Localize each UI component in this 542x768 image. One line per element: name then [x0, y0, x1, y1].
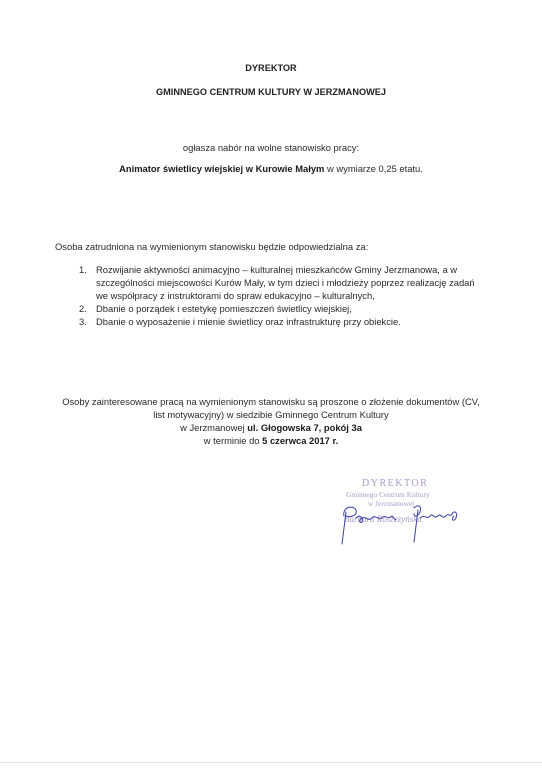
- position-workload: w wymiarze 0,25 etatu.: [324, 163, 422, 174]
- position-line: Animator świetlicy wiejskiej w Kurowie M…: [0, 163, 542, 175]
- duty-number: 3.: [79, 316, 93, 328]
- application-line-2: list motywacyjny) w siedzibie Gminnego C…: [0, 409, 542, 421]
- header-title: DYREKTOR: [0, 62, 542, 74]
- duty-number: 1.: [79, 264, 93, 276]
- announcement-intro: ogłasza nabór na wolne stanowisko pracy:: [0, 142, 542, 154]
- address-value: ul. Głogowska 7, pokój 3a: [247, 422, 362, 433]
- header-organization: GMINNEGO CENTRUM KULTURY W JERZMANOWEJ: [0, 86, 542, 98]
- deadline-value: 5 czerwca 2017 r.: [262, 435, 338, 446]
- duty-text-line: szczególności miejscowości Kurów Mały, w…: [96, 277, 475, 289]
- duties-intro: Osoba zatrudniona na wymienionym stanowi…: [55, 241, 368, 253]
- handwritten-signature: [338, 498, 468, 548]
- duty-text-line: Dbanie o porządek i estetykę pomieszczeń…: [96, 303, 352, 315]
- duty-number: 2.: [79, 303, 93, 315]
- address-prefix: w Jerzmanowej: [180, 422, 247, 433]
- duty-text-line: Dbanie o wyposażenie i mienie świetlicy …: [96, 316, 401, 328]
- stamp-title: DYREKTOR: [362, 478, 428, 489]
- duty-text-line: we współpracy z instruktorami do spraw e…: [96, 290, 375, 302]
- page-edge-line: [0, 762, 542, 763]
- deadline-prefix: w terminie do: [204, 435, 262, 446]
- application-deadline: w terminie do 5 czerwca 2017 r.: [0, 435, 542, 447]
- duty-text-line: Rozwijanie aktywności animacyjno – kultu…: [96, 264, 457, 276]
- application-line-1: Osoby zainteresowane pracą na wymieniony…: [0, 396, 542, 408]
- application-address: w Jerzmanowej ul. Głogowska 7, pokój 3a: [0, 422, 542, 434]
- position-title: Animator świetlicy wiejskiej w Kurowie M…: [119, 163, 324, 174]
